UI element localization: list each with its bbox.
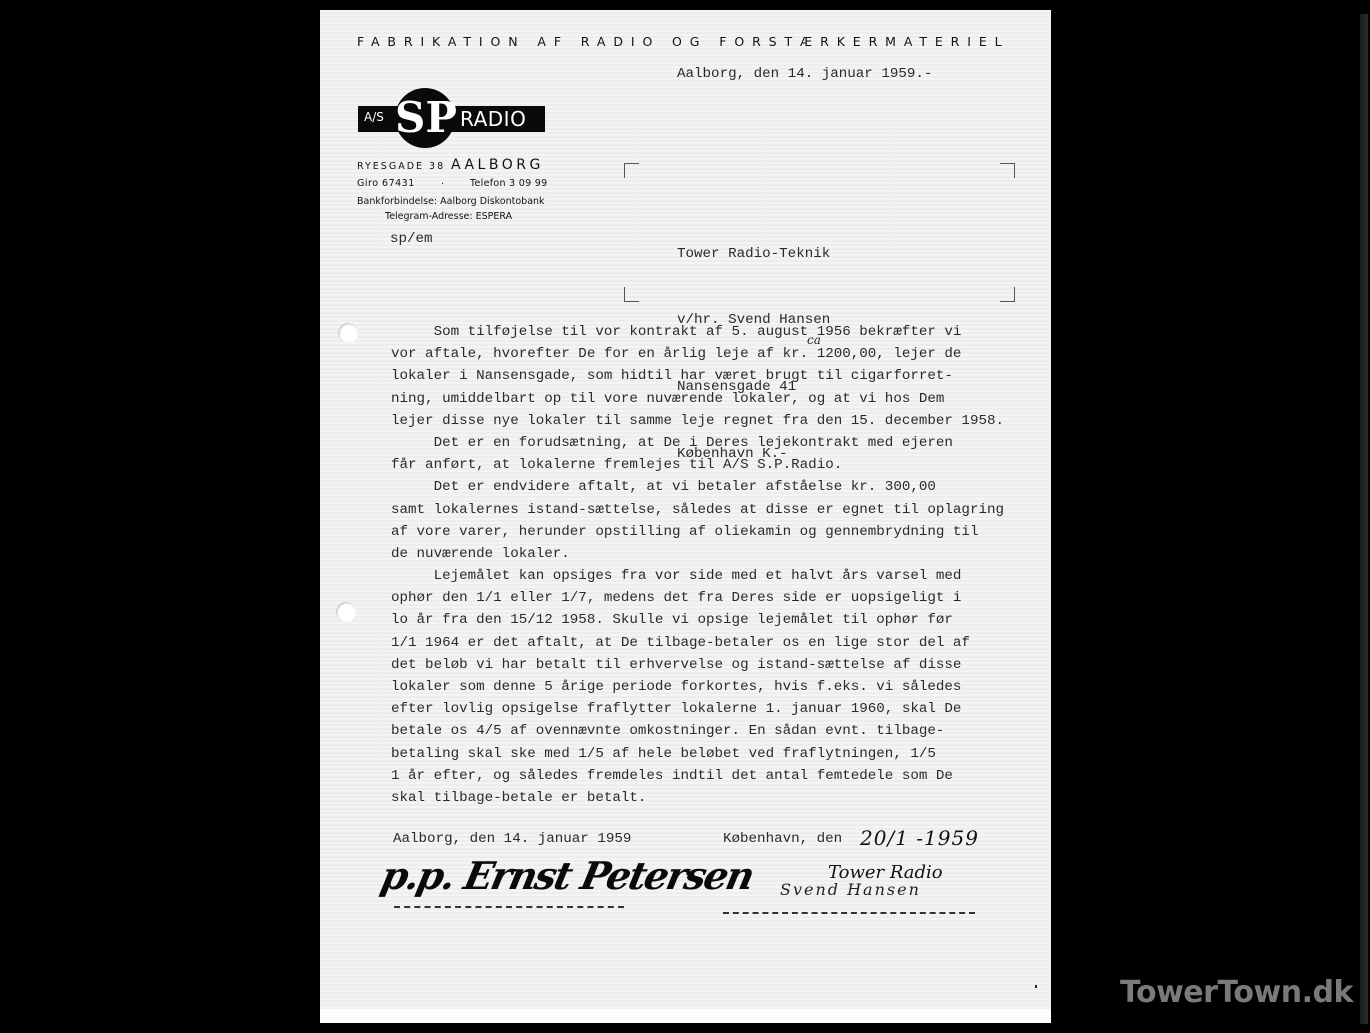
body-line: Lejemålet kan opsiges fra vor side med e…: [391, 565, 1004, 587]
letterhead-street: RYESGADE 38: [357, 161, 445, 172]
letterhead-tagline: FABRIKATION AF RADIO OG FORSTÆRKERMATERI…: [357, 34, 1010, 49]
letterhead-separator: .: [441, 176, 444, 187]
body-line: får anført, at lokalerne fremlejes til A…: [391, 454, 1004, 476]
logo-name: RADIO: [460, 107, 526, 131]
body-line: lejer disse nye lokaler til samme leje r…: [391, 410, 1004, 432]
letterhead-telephone: Telefon 3 09 99: [470, 178, 547, 189]
body-line: samt lokalernes istand-sættelse, således…: [391, 499, 1004, 521]
handwritten-date: 20/1 -1959: [860, 826, 979, 850]
address-window-corner: [624, 287, 639, 302]
sender-signature: p.p. Ernst Petersen: [377, 853, 757, 898]
recipient-signature: Svend Hansen: [780, 880, 921, 899]
recipient-line: Tower Radio-Teknik: [677, 243, 830, 265]
handwritten-annotation: ca: [807, 333, 821, 347]
paper-bottom-edge: [320, 1009, 1051, 1023]
signature-line: [723, 912, 975, 914]
body-line: ning, umiddelbart op til vore nuværende …: [391, 388, 1004, 410]
body-line: betale os 4/5 af ovennævnte omkostninger…: [391, 720, 1004, 742]
body-line: af vore varer, herunder opstilling af ol…: [391, 521, 1004, 543]
body-line: lo år fra den 15/12 1958. Skulle vi opsi…: [391, 609, 1004, 631]
reference-initials: sp/em: [390, 231, 433, 247]
signature-line: [394, 906, 624, 908]
address-window-corner: [1000, 163, 1015, 178]
body-line: de nuværende lokaler.: [391, 543, 1004, 565]
logo-prefix: A/S: [364, 110, 384, 124]
address-window-corner: [624, 163, 639, 178]
body-line: 1 år efter, og således fremdeles indtil …: [391, 765, 1004, 787]
body-line: vor aftale, hvorefter De for en årlig le…: [391, 343, 1004, 365]
body-line: ophør den 1/1 eller 1/7, medens det fra …: [391, 587, 1004, 609]
body-line: skal tilbage-betale er betalt.: [391, 787, 1004, 809]
body-line: Det er endvidere aftalt, at vi betaler a…: [391, 476, 1004, 498]
company-logo: A/S SP RADIO: [358, 88, 550, 150]
punch-hole: [338, 323, 358, 343]
letterhead-bank: Bankforbindelse: Aalborg Diskontobank: [357, 196, 545, 207]
letterhead-telegram: Telegram-Adresse: ESPERA: [385, 211, 512, 222]
letter-date: Aalborg, den 14. januar 1959.-: [677, 66, 932, 82]
letterhead-giro: Giro 67431: [357, 178, 415, 189]
recipient-place-date: København, den: [723, 831, 842, 847]
site-watermark: TowerTown.dk: [1120, 975, 1353, 1010]
body-line: efter lovlig opsigelse fraflytter lokale…: [391, 698, 1004, 720]
logo-monogram: SP: [395, 90, 455, 146]
body-line: betaling skal ske med 1/5 af hele beløbe…: [391, 743, 1004, 765]
body-line: lokaler som denne 5 årige periode forkor…: [391, 676, 1004, 698]
body-line: lokaler i Nansensgade, som hidtil har væ…: [391, 365, 1004, 387]
body-line: Som tilføjelse til vor kontrakt af 5. au…: [391, 321, 1004, 343]
sender-place-date: Aalborg, den 14. januar 1959: [393, 831, 631, 847]
letterhead-city: AALBORG: [451, 157, 544, 173]
scan-edge: [1360, 14, 1368, 1024]
punch-hole: [336, 602, 356, 622]
address-window-corner: [1000, 287, 1015, 302]
body-line: Det er en forudsætning, at De i Deres le…: [391, 432, 1004, 454]
letter-page: FABRIKATION AF RADIO OG FORSTÆRKERMATERI…: [320, 10, 1051, 1023]
letter-body: Som tilføjelse til vor kontrakt af 5. au…: [391, 321, 1004, 809]
body-line: 1/1 1964 er det aftalt, at De tilbage-be…: [391, 632, 1004, 654]
scan-artifact: [1035, 985, 1037, 988]
body-line: det beløb vi har betalt til erhvervelse …: [391, 654, 1004, 676]
